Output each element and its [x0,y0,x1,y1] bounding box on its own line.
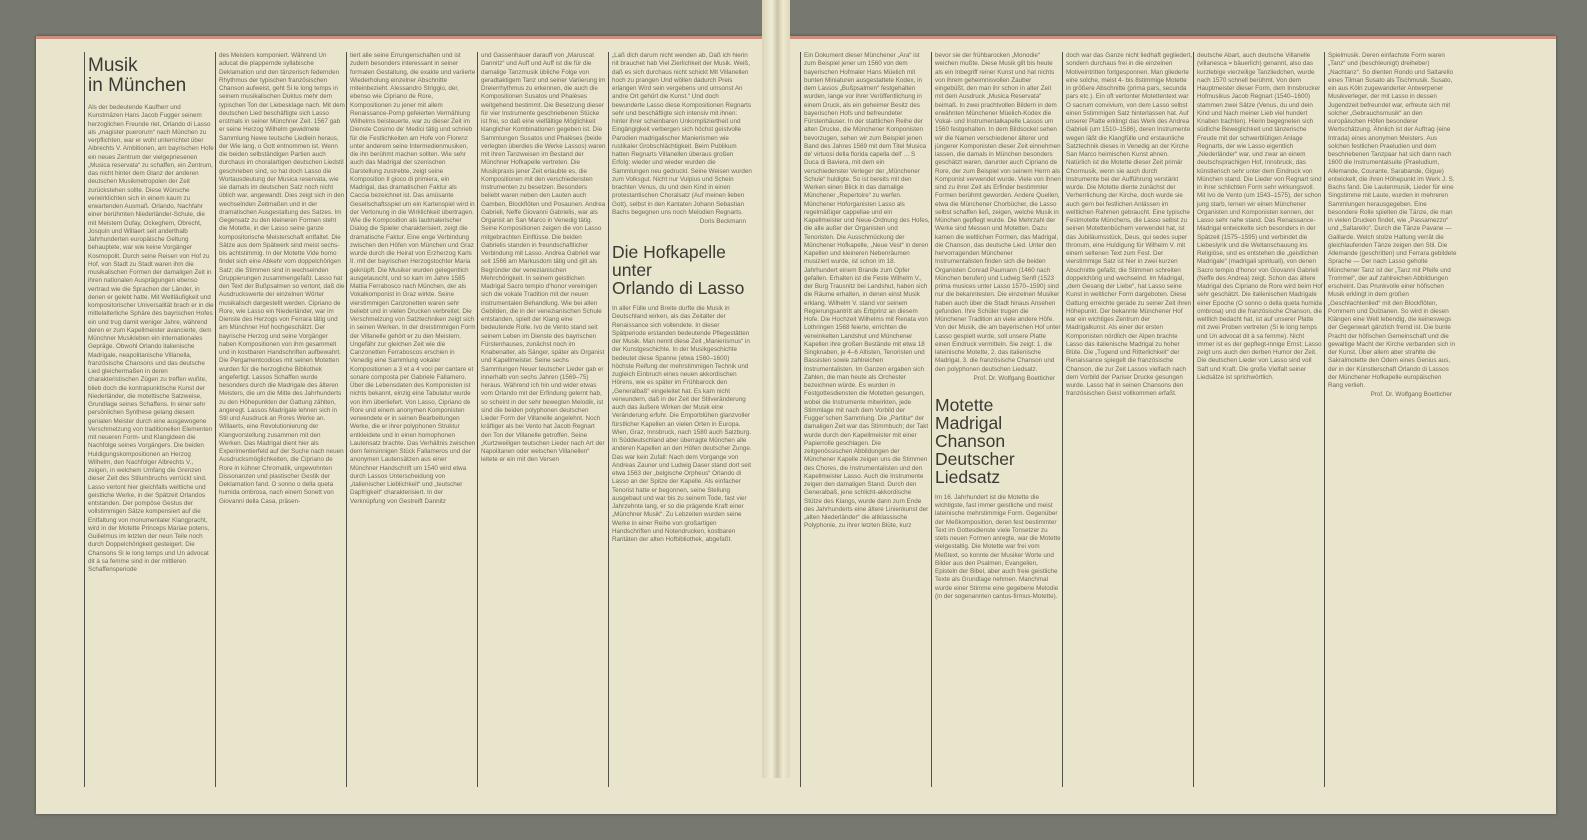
left-page: Musik in München Als der bedeutende Kauf… [84,52,784,792]
heading-line: Orlando di Lasso [612,279,752,297]
right-column-3: doch war das Ganze nicht liedhaft geglie… [1062,52,1192,787]
body-text: des Meisters komponiert. Während Un aduc… [219,52,345,506]
heading-line: Deutscher [935,450,1061,468]
left-column-5: „Laß dich darum nicht wenden ab, Daß ich… [608,52,752,787]
body-text: Ein Dokument dieser Münchener „Ära“ ist … [804,52,930,531]
body-text: „Laß dich darum nicht wenden ab, Daß ich… [612,52,752,217]
heading-line: unter [612,261,752,279]
body-text: bevor sie der frühbarocken „Monodie“ wei… [935,52,1061,374]
heading-line: Die Hofkapelle [612,243,752,261]
body-text: Spielmusik. Deren einfachste Form waren … [1328,52,1458,390]
right-column-5: Spielmusik. Deren einfachste Form waren … [1324,52,1458,787]
heading-line: Liedsatz [935,468,1061,486]
right-column-2: bevor sie der frühbarocken „Monodie“ wei… [931,52,1061,787]
body-text: Im 16. Jahrhundert ist die Motette die w… [935,494,1061,601]
spine-edge [36,36,1556,39]
left-column-1: Musik in München Als der bedeutende Kauf… [84,52,214,787]
section-heading-hofkapelle: Die Hofkapelle unter Orlando di Lasso [612,243,752,297]
body-text: tiert alle seine Errungenschaften und is… [350,52,476,506]
author-signature: Prof. Dr. Wolfgang Boetticher [935,375,1061,382]
heading-line: Madrigal Chanson [935,414,1061,450]
body-text: doch war das Ganze nicht liedhaft geglie… [1066,52,1192,399]
author-signature: Prof. Dr. Wolfgang Boetticher [1328,391,1458,398]
right-column-1: Ein Dokument dieser Münchener „Ära“ ist … [800,52,930,787]
body-text: deutsche Abart, auch deutsche Villanelle… [1197,52,1323,382]
left-column-3: tiert alle seine Errungenschaften und is… [346,52,476,787]
section-heading-musik-in-muenchen: Musik in München [88,56,214,96]
heading-line: Musik [88,56,214,76]
author-signature: Doris Beckmann [612,218,752,225]
body-text: In aller Fülle und Breite durfte die Mus… [612,305,752,544]
body-text: Als der bedeutende Kaufherr und Kunstmäz… [88,104,214,574]
right-column-4: deutsche Abart, auch deutsche Villanelle… [1193,52,1323,787]
heading-line: in München [88,76,214,96]
right-page: Ein Dokument dieser Münchener „Ära“ ist … [800,52,1500,792]
section-heading-motette-madrigal: Motette Madrigal Chanson Deutscher Lieds… [935,396,1061,486]
body-text: und Gassenhauer darauff von „Maruscat Da… [481,52,607,465]
left-column-4: und Gassenhauer darauff von „Maruscat Da… [477,52,607,787]
left-column-2: des Meisters komponiert. Während Un aduc… [215,52,345,787]
heading-line: Motette [935,396,1061,414]
